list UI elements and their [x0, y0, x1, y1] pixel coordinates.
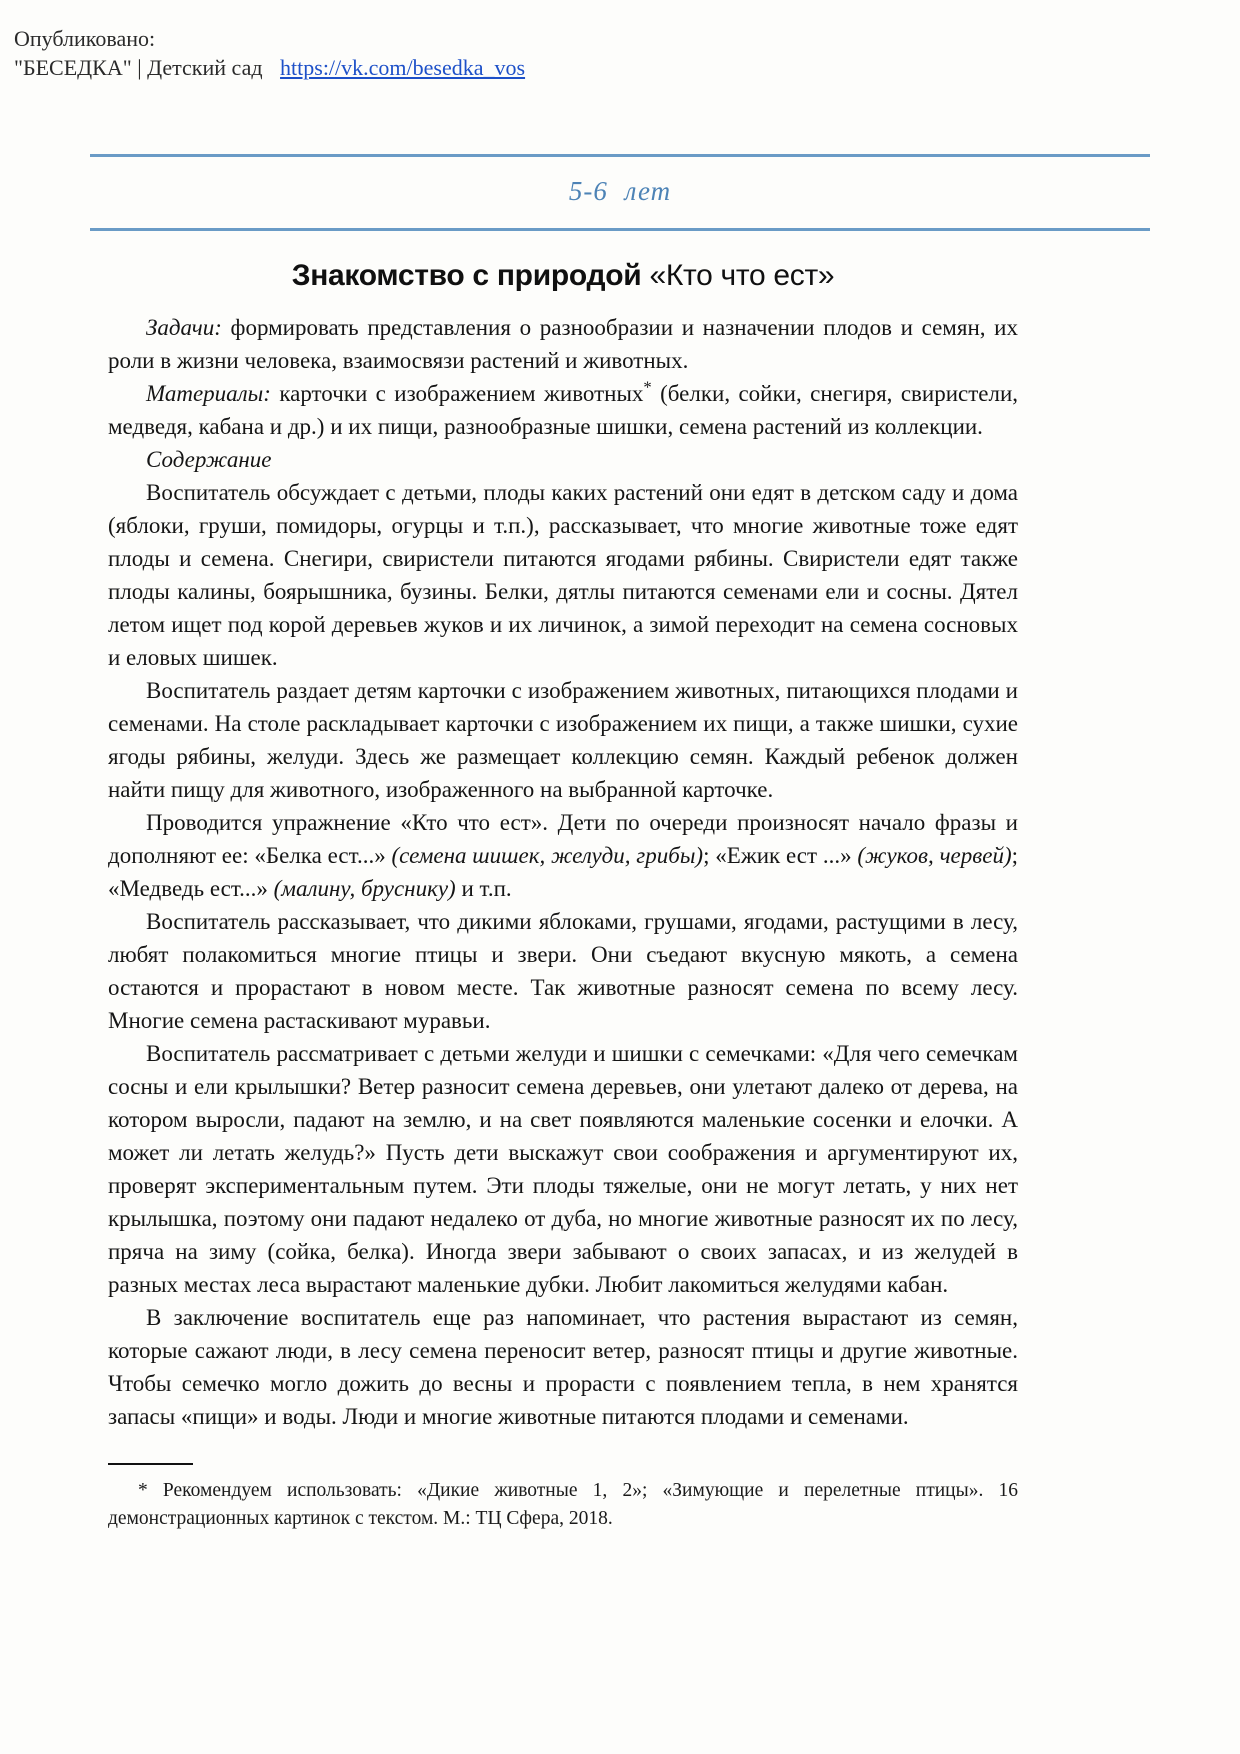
- text-run: (жуков, червей): [857, 843, 1011, 868]
- paragraph: Материалы: карточки с изображением живот…: [108, 377, 1018, 443]
- paragraph: Воспитатель рассматривает с детьми желуд…: [108, 1037, 1018, 1301]
- publication-header: Опубликовано: "БЕСЕДКА" | Детский сад ht…: [0, 0, 1240, 82]
- text-run: (малину, бруснику): [274, 876, 456, 901]
- text-run: формировать представления о разнообразии…: [108, 315, 1018, 373]
- paragraph: В заключение воспитатель еще раз напомин…: [108, 1301, 1018, 1433]
- text-run: В заключение воспитатель еще раз напомин…: [108, 1305, 1018, 1429]
- text-run: Материалы:: [146, 381, 271, 406]
- source-label: "БЕСЕДКА" | Детский сад: [14, 55, 263, 80]
- page-title-main: Знакомство с природой: [292, 259, 642, 292]
- published-label: Опубликовано:: [14, 24, 1240, 53]
- publication-source-line: "БЕСЕДКА" | Детский сад https://vk.com/b…: [14, 53, 1240, 82]
- text-run: карточки с изображением животных: [271, 381, 644, 406]
- paragraph: Воспитатель обсуждает с детьми, плоды ка…: [108, 476, 1018, 674]
- footnote: * Рекомендуем использовать: «Дикие живот…: [108, 1477, 1018, 1533]
- age-band: 5-6 лет: [90, 154, 1150, 231]
- text-run: Воспитатель обсуждает с детьми, плоды ка…: [108, 480, 1018, 670]
- text-run: Воспитатель рассказывает, что дикими ябл…: [108, 909, 1018, 1033]
- text-run: ; «Ежик ест ...»: [703, 843, 857, 868]
- text-run: (семена шишек, желуди, грибы): [392, 843, 704, 868]
- text-run: и т.п.: [456, 876, 512, 901]
- paragraph: Воспитатель раздает детям карточки с изо…: [108, 674, 1018, 806]
- paragraph: Воспитатель рассказывает, что дикими ябл…: [108, 905, 1018, 1037]
- source-link[interactable]: https://vk.com/besedka_vos: [280, 55, 525, 80]
- scanned-document-page: { "page": { "background": "#fdfdfb", "ac…: [0, 0, 1240, 1754]
- paragraph: Задачи: формировать представления о разн…: [108, 311, 1018, 377]
- text-run: *: [643, 377, 651, 396]
- age-label: 5-6 лет: [90, 157, 1150, 228]
- paragraph: Содержание: [108, 443, 1018, 476]
- text-run: Содержание: [146, 447, 271, 472]
- paragraph: Проводится упражнение «Кто что ест». Дет…: [108, 806, 1018, 905]
- text-run: Задачи:: [146, 315, 222, 340]
- article-body: Задачи: формировать представления о разн…: [108, 311, 1018, 1433]
- text-run: Воспитатель раздает детям карточки с изо…: [108, 678, 1018, 802]
- page-title: Знакомство с природой «Кто что ест»: [108, 257, 1018, 295]
- page-title-subtitle: «Кто что ест»: [641, 259, 834, 292]
- text-run: Воспитатель рассматривает с детьми желуд…: [108, 1041, 1018, 1297]
- footnote-divider: [108, 1463, 193, 1465]
- age-band-bottom-rule: [90, 228, 1150, 231]
